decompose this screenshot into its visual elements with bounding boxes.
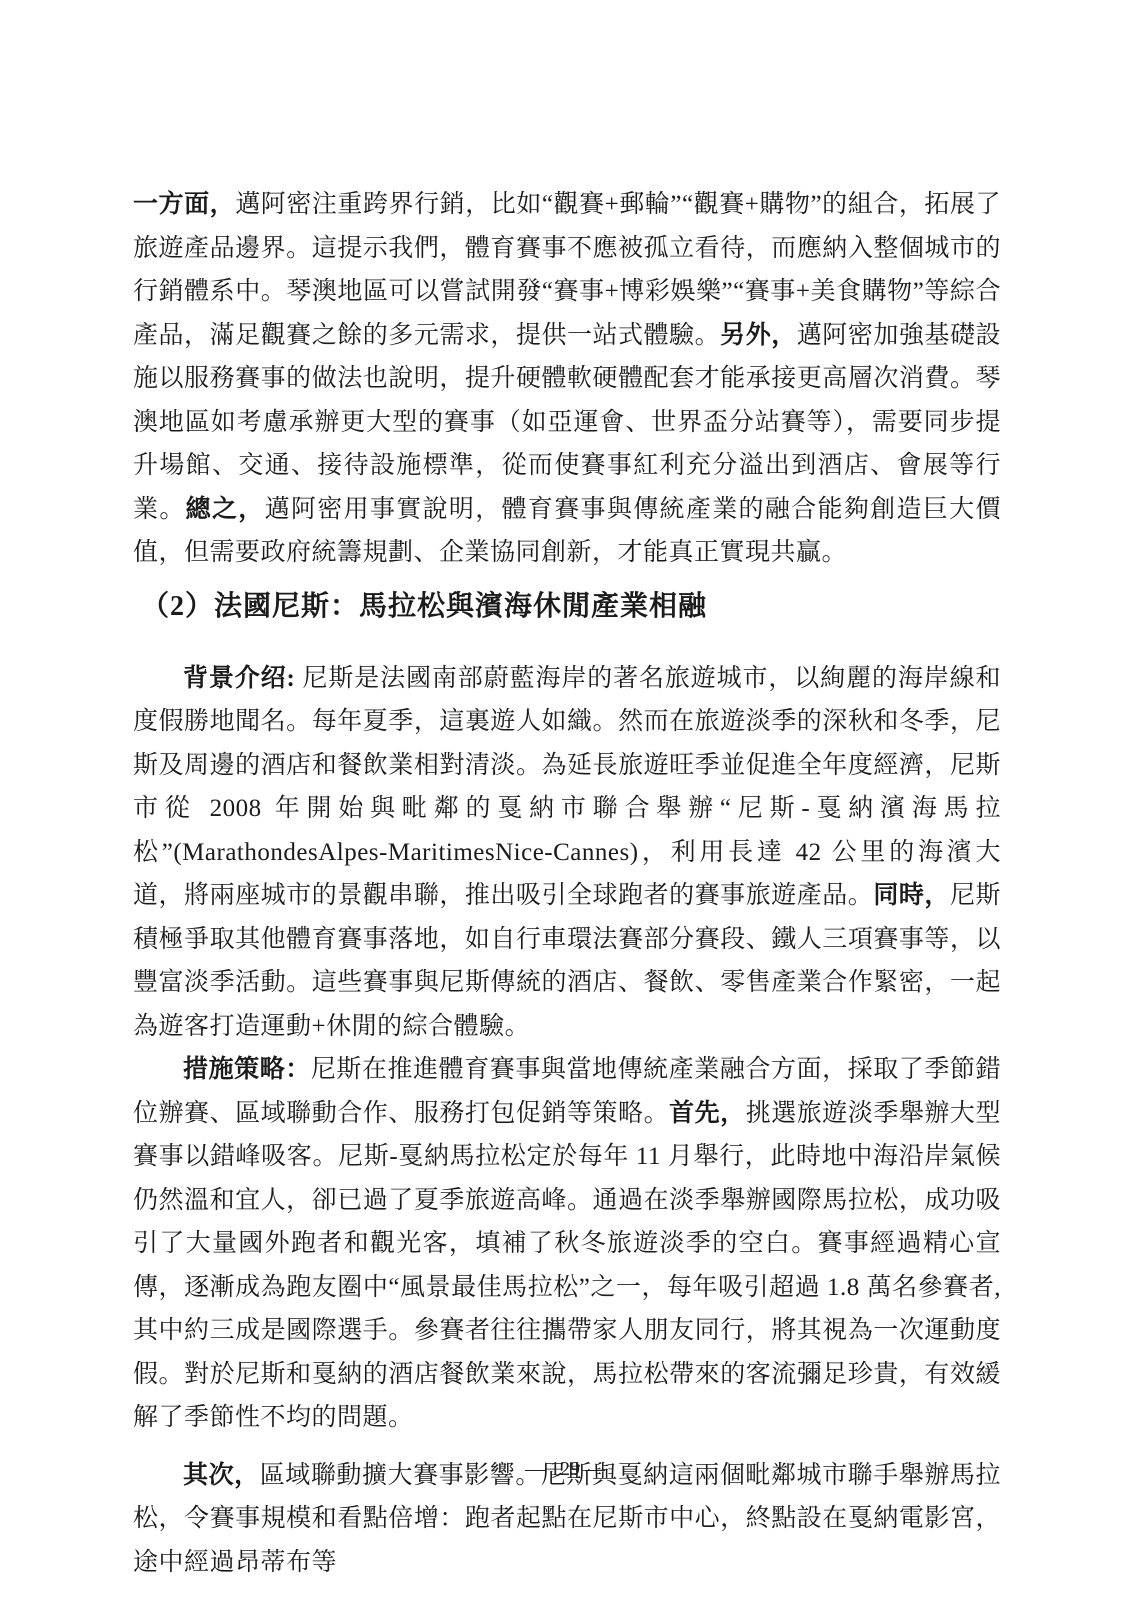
paragraph-background-intro: 背景介绍: 尼斯是法國南部蔚藍海岸的著名旅遊城市，以絢麗的海岸線和度假勝地聞名。… [133, 657, 1001, 1049]
document-content: 一方面，邁阿密注重跨界行銷，比如“觀賽+郵輪”“觀賽+購物”的組合，拓展了旅遊產… [133, 183, 1001, 1584]
document-page: 一方面，邁阿密注重跨界行銷，比如“觀賽+郵輪”“觀賽+購物”的組合，拓展了旅遊產… [0, 0, 1130, 1600]
paragraph-measures-strategy: 措施策略：尼斯在推進體育賽事與當地傳統產業融合方面，採取了季節錯位辦賽、區域聯動… [133, 1048, 1001, 1440]
section-heading-nice: （2）法國尼斯：馬拉松與濱海休閒產業相融 [141, 585, 1001, 629]
paragraph-miami-summary: 一方面，邁阿密注重跨界行銷，比如“觀賽+郵輪”“觀賽+購物”的組合，拓展了旅遊產… [133, 183, 1001, 575]
page-number: — 129 — [0, 1458, 1130, 1481]
